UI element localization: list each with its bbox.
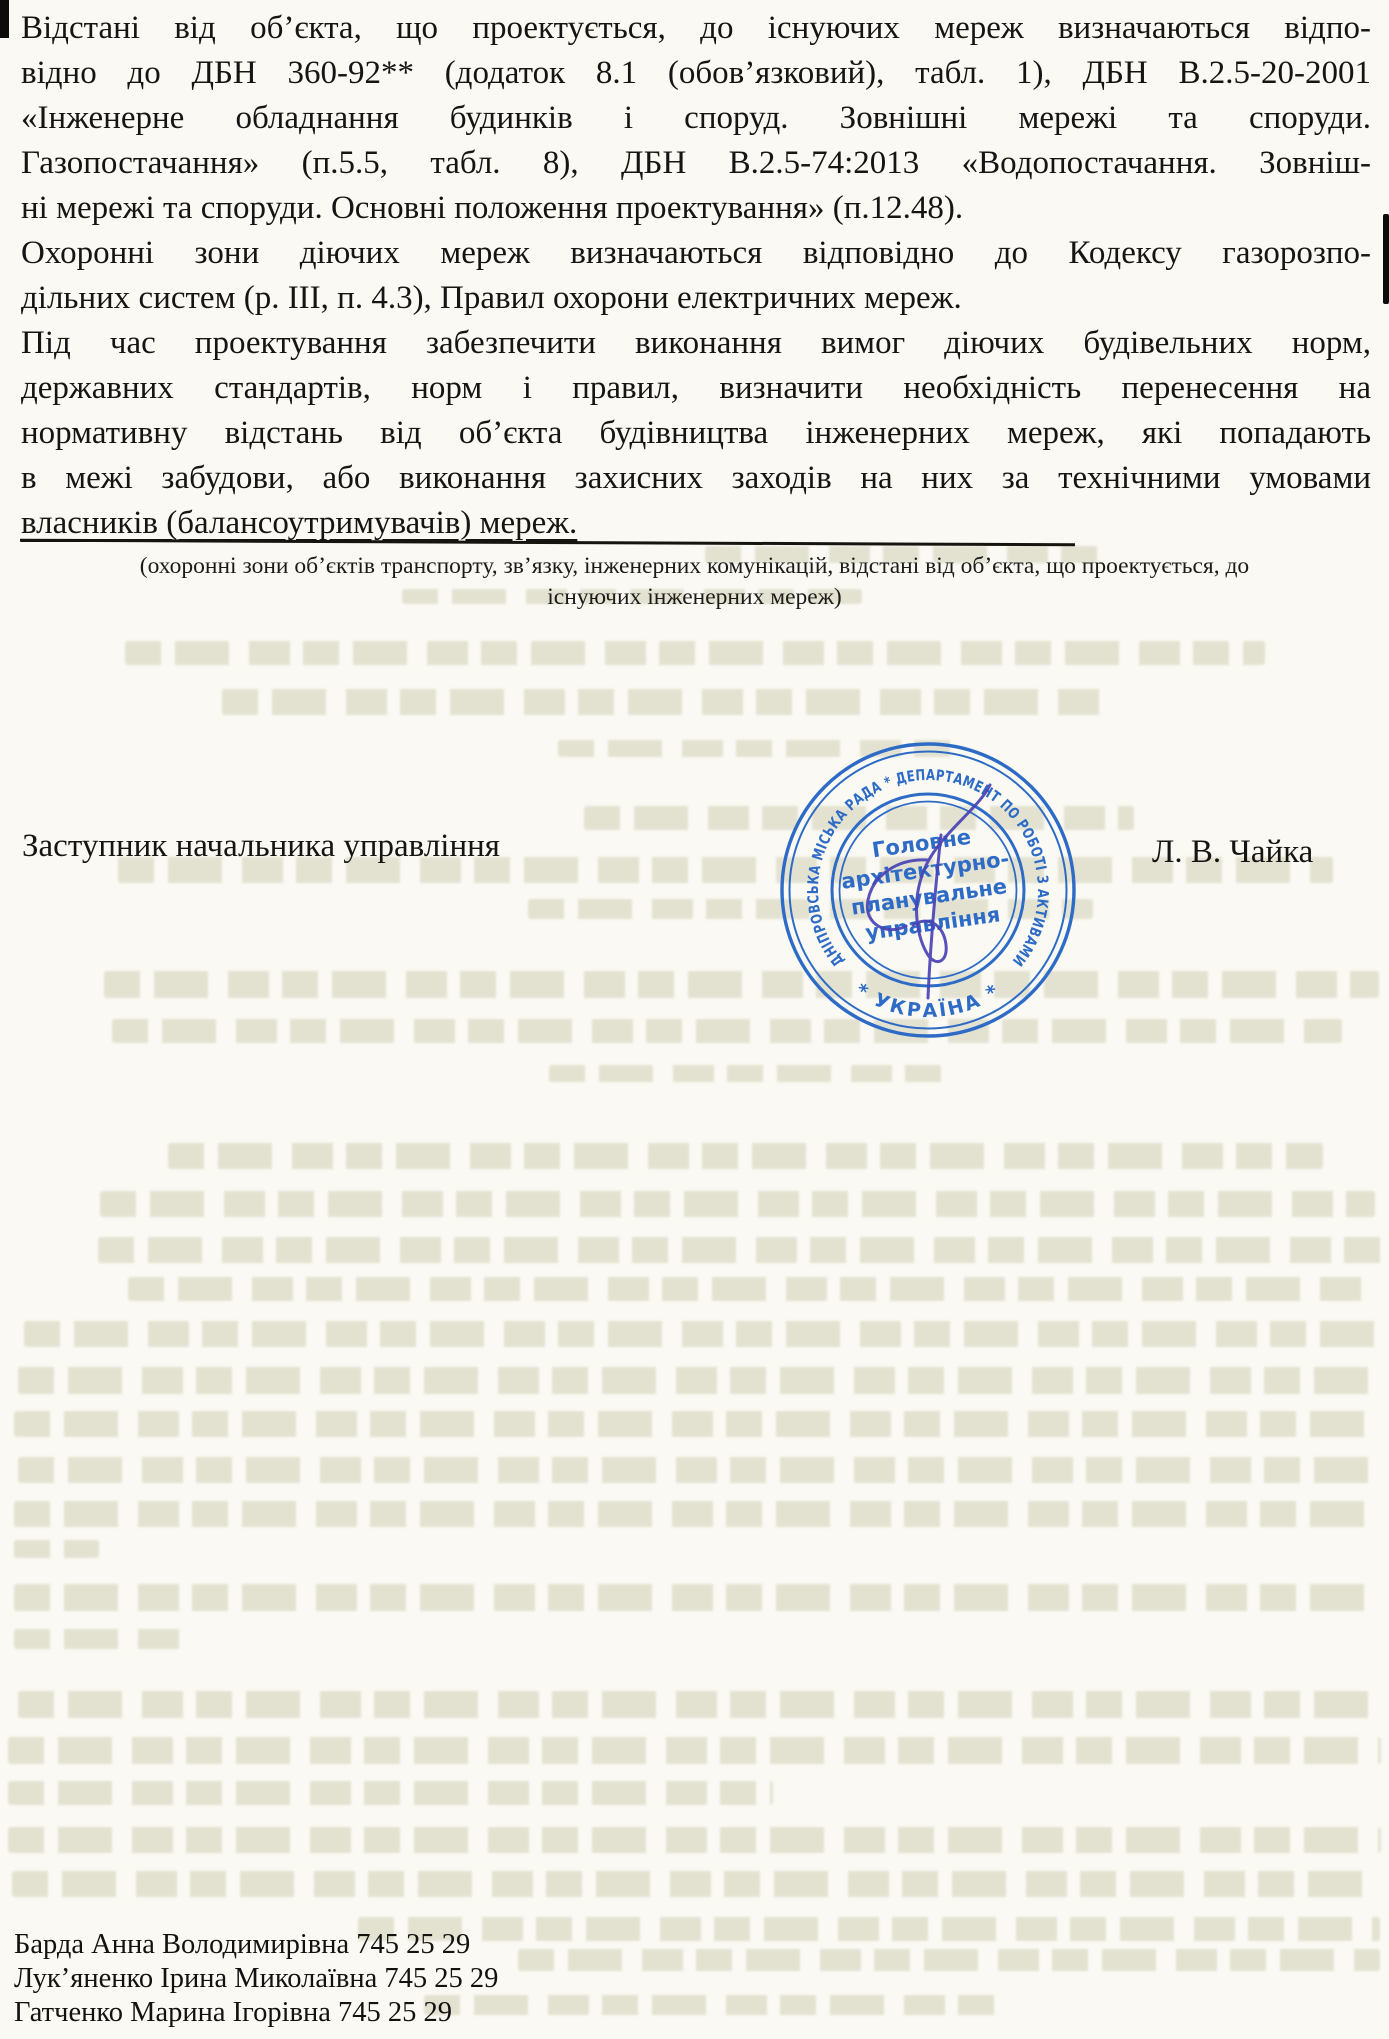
ghost-text-line <box>358 1917 1380 1941</box>
ghost-text-line <box>18 1457 1382 1483</box>
document-text-line: Відстані від об’єкта, що проектується, д… <box>21 6 1371 51</box>
ghost-text-line <box>549 1065 949 1082</box>
ghost-text-line <box>8 1737 1381 1764</box>
document-text-line: дільних систем (р. ІІІ, п. 4.3), Правил … <box>21 276 1371 321</box>
ghost-text-line <box>18 1367 1382 1394</box>
document-text-line: Під час проектування забезпечити виконан… <box>21 321 1371 366</box>
ghost-text-line <box>14 1540 99 1558</box>
scanned-document-page: Відстані від об’єкта, що проектується, д… <box>0 0 1389 2039</box>
document-text-line: Газопостачання» (п.5.5, табл. 8), ДБН В.… <box>21 141 1371 186</box>
ghost-text-line <box>518 1949 1380 1971</box>
contact-line: Гатченко Марина Ігорівна 745 25 29 <box>14 1996 498 2030</box>
ghost-text-line <box>14 1501 1372 1527</box>
parenthetical-note: (охоронні зони об’єктів транспорту, зв’я… <box>40 551 1349 613</box>
ghost-text-line <box>14 1629 189 1649</box>
ghost-text-line <box>12 1871 1376 1897</box>
scan-edge-artifact <box>1383 214 1389 304</box>
contact-line: Барда Анна Володимирівна 745 25 29 <box>14 1928 498 1962</box>
ghost-text-line <box>98 1237 1383 1263</box>
scan-edge-artifact <box>0 0 9 38</box>
ghost-text-line <box>128 1277 1363 1301</box>
ghost-text-line <box>168 1143 1323 1169</box>
official-round-stamp: ДНІПРОВСЬКА МІСЬКА РАДА * ДЕПАРТАМЕНТ ПО… <box>778 740 1078 1040</box>
stamp-graphic: ДНІПРОВСЬКА МІСЬКА РАДА * ДЕПАРТАМЕНТ ПО… <box>778 740 1078 1040</box>
signature-row: Заступник начальника управління Л. В. Ча… <box>0 828 1389 878</box>
document-text-line: «Інженерне обладнання будинків і споруд.… <box>21 96 1371 141</box>
ghost-text-line <box>112 1019 1342 1043</box>
parenthetical-note-line: (охоронні зони об’єктів транспорту, зв’я… <box>40 551 1349 582</box>
ghost-text-line <box>18 1691 1373 1718</box>
ghost-text-line <box>222 689 1102 715</box>
document-text-line: ні мережі та споруди. Основні положення … <box>21 186 1371 231</box>
document-body-text: Відстані від об’єкта, що проектується, д… <box>21 6 1371 546</box>
document-text-line: відно до ДБН 360-92** (додаток 8.1 (обов… <box>21 51 1371 96</box>
ghost-text-line <box>100 1191 1375 1217</box>
signer-name: Л. В. Чайка <box>1152 834 1313 871</box>
document-text-line: державних стандартів, норм і правил, виз… <box>21 366 1371 411</box>
contact-line: Лук’яненко Ірина Миколаївна 745 25 29 <box>14 1962 498 1996</box>
ghost-text-line <box>125 641 1265 665</box>
signer-title: Заступник начальника управління <box>22 828 500 865</box>
parenthetical-note-line: існуючих інженерних мереж) <box>40 582 1349 613</box>
document-text-line: нормативну відстань від об’єкта будівниц… <box>21 411 1371 456</box>
ghost-text-line <box>14 1584 1378 1611</box>
ghost-text-line <box>104 971 1379 998</box>
ghost-text-line <box>14 1411 1378 1437</box>
contact-list: Барда Анна Володимирівна 745 25 29Лук’ян… <box>14 1928 498 2030</box>
document-text-line: в межі забудови, або виконання захисних … <box>21 456 1371 501</box>
ghost-text-line <box>24 1321 1376 1347</box>
ghost-text-line <box>8 1827 1381 1853</box>
ghost-text-line <box>424 1995 1004 2015</box>
ghost-text-line <box>8 1781 773 1805</box>
document-text-line: Охоронні зони діючих мереж визначаються … <box>21 231 1371 276</box>
